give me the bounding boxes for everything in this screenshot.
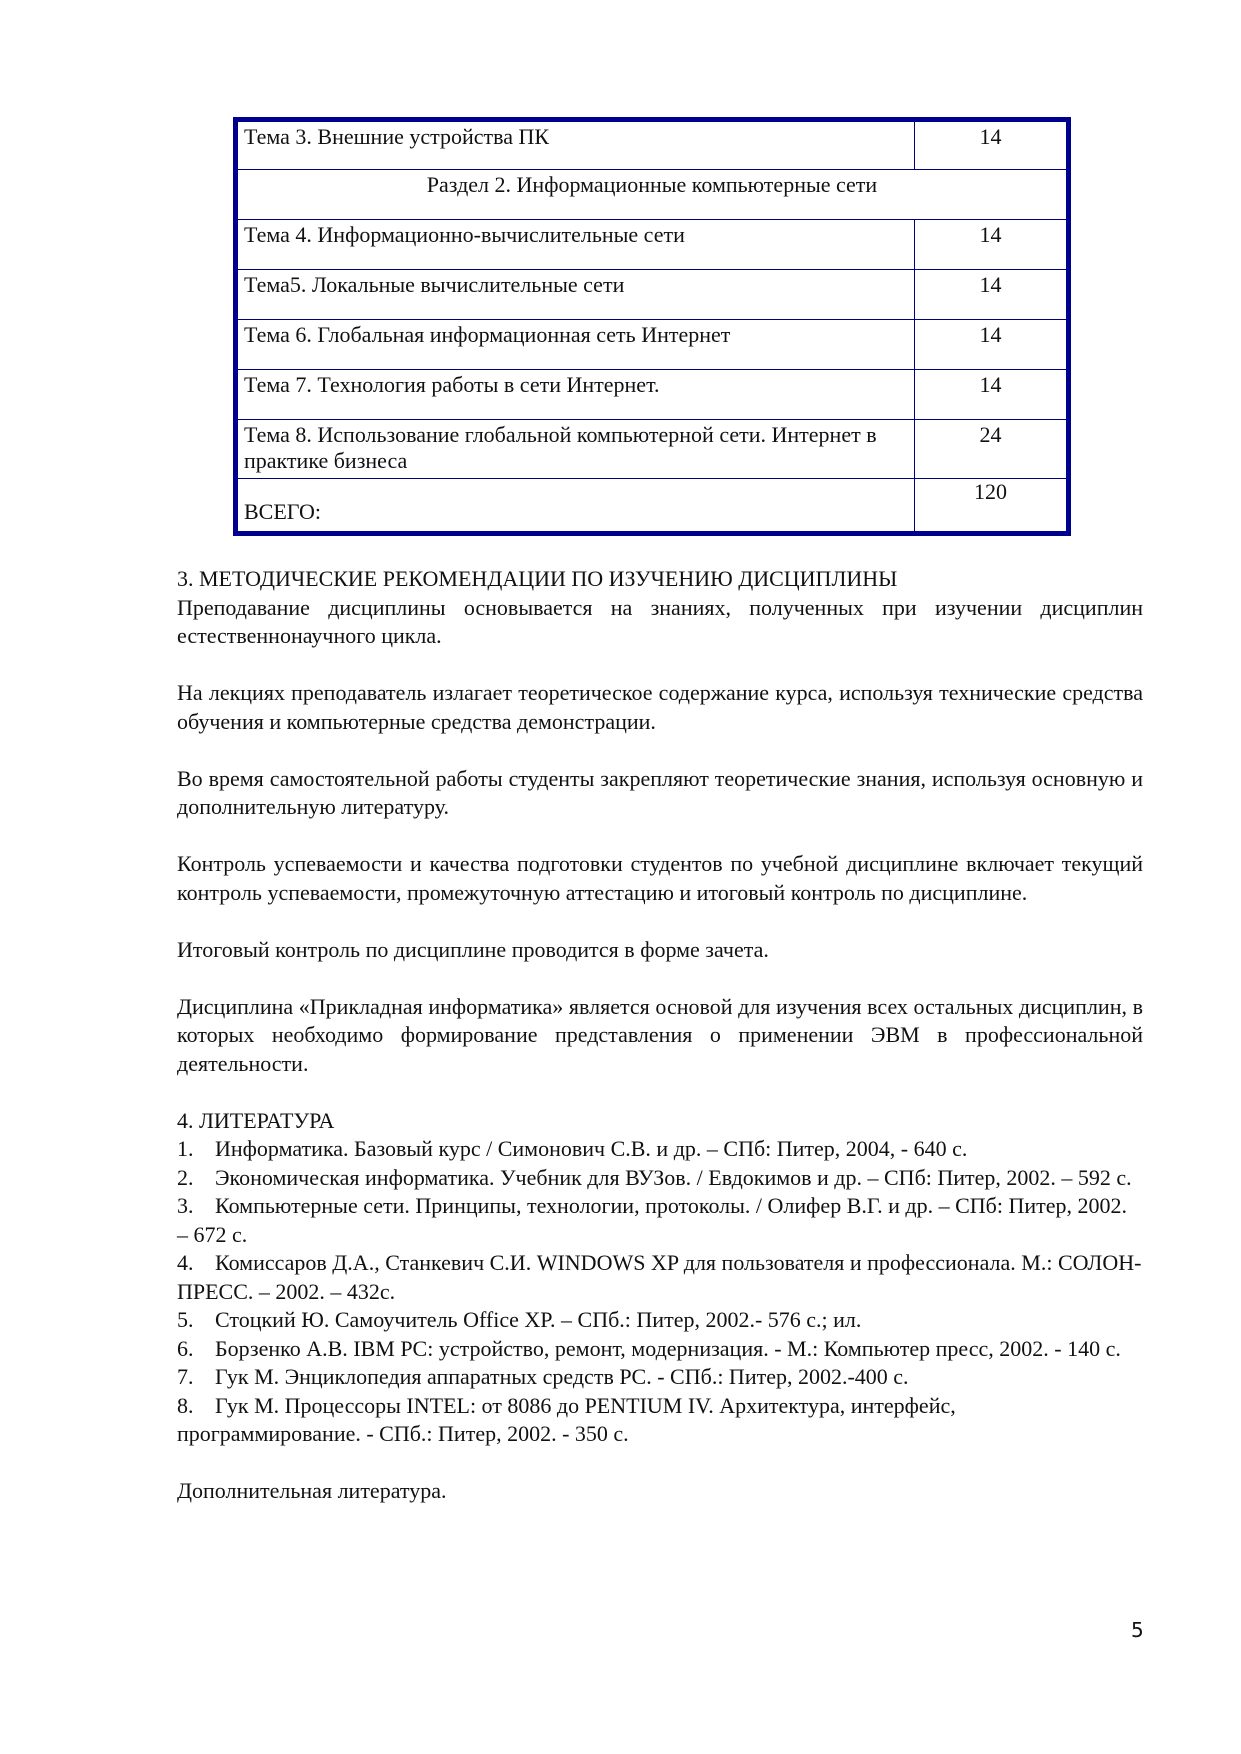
section-title-cell: Раздел 2. Информационные компьютерные се… bbox=[236, 170, 1069, 220]
table-row: Тема 4. Информационно-вычислительные сет… bbox=[236, 220, 1069, 270]
document-body: 3. МЕТОДИЧЕСКИЕ РЕКОМЕНДАЦИИ ПО ИЗУЧЕНИЮ… bbox=[177, 565, 1143, 1534]
topic-cell: Тема 4. Информационно-вычислительные сет… bbox=[236, 220, 915, 270]
hours-cell: 14 bbox=[915, 220, 1069, 270]
topic-cell: Тема 7. Технология работы в сети Интерне… bbox=[236, 370, 915, 420]
item-text: Борзенко А.В. IBM PC: устройство, ремонт… bbox=[215, 1336, 1121, 1361]
hours-cell: 14 bbox=[915, 370, 1069, 420]
total-label-cell: ВСЕГО: bbox=[236, 479, 915, 534]
table-total-row: ВСЕГО: 120 bbox=[236, 479, 1069, 534]
topic-cell: Тема 6. Глобальная информационная сеть И… bbox=[236, 320, 915, 370]
table-row: Тема 7. Технология работы в сети Интерне… bbox=[236, 370, 1069, 420]
section-3-heading: 3. МЕТОДИЧЕСКИЕ РЕКОМЕНДАЦИИ ПО ИЗУЧЕНИЮ… bbox=[177, 565, 1143, 594]
item-number: 7. bbox=[177, 1363, 215, 1392]
literature-item: 3.Компьютерные сети. Принципы, технологи… bbox=[177, 1192, 1143, 1249]
item-text: Стоцкий Ю. Самоучитель Office XP. – СПб.… bbox=[215, 1307, 861, 1332]
item-text: Комиссаров Д.А., Станкевич С.И. WINDOWS … bbox=[177, 1250, 1141, 1304]
topic-cell: Тема 3. Внешние устройства ПК bbox=[236, 120, 915, 170]
topic-cell: Тема 8. Использование глобальной компьют… bbox=[236, 420, 915, 479]
hours-cell: 14 bbox=[915, 320, 1069, 370]
item-number: 2. bbox=[177, 1164, 215, 1193]
paragraph: Контроль успеваемости и качества подгото… bbox=[177, 850, 1143, 907]
section-4-heading: 4. ЛИТЕРАТУРА bbox=[177, 1107, 1143, 1136]
page-number: 5 bbox=[1131, 1618, 1144, 1642]
item-text: Гук М. Энциклопедия аппаратных средств P… bbox=[215, 1364, 909, 1389]
table-row: Тема 6. Глобальная информационная сеть И… bbox=[236, 320, 1069, 370]
hours-cell: 14 bbox=[915, 120, 1069, 170]
hours-cell: 24 bbox=[915, 420, 1069, 479]
literature-item: 8.Гук М. Процессоры INTEL: от 8086 до PE… bbox=[177, 1392, 1143, 1449]
additional-literature-heading: Дополнительная литература. bbox=[177, 1477, 1143, 1506]
total-hours-cell: 120 bbox=[915, 479, 1069, 534]
paragraph: Во время самостоятельной работы студенты… bbox=[177, 765, 1143, 822]
literature-item: 5.Стоцкий Ю. Самоучитель Office XP. – СП… bbox=[177, 1306, 1143, 1335]
item-number: 1. bbox=[177, 1135, 215, 1164]
item-text: Компьютерные сети. Принципы, технологии,… bbox=[177, 1193, 1127, 1247]
literature-item: 7.Гук М. Энциклопедия аппаратных средств… bbox=[177, 1363, 1143, 1392]
item-number: 5. bbox=[177, 1306, 215, 1335]
topic-cell: Тема5. Локальные вычислительные сети bbox=[236, 270, 915, 320]
item-number: 8. bbox=[177, 1392, 215, 1421]
item-text: Гук М. Процессоры INTEL: от 8086 до PENT… bbox=[177, 1393, 956, 1447]
literature-item: 6.Борзенко А.В. IBM PC: устройство, ремо… bbox=[177, 1335, 1143, 1364]
item-text: Информатика. Базовый курс / Симонович С.… bbox=[215, 1136, 967, 1161]
table-section-row: Раздел 2. Информационные компьютерные се… bbox=[236, 170, 1069, 220]
course-hours-table: Тема 3. Внешние устройства ПК 14 Раздел … bbox=[233, 117, 1071, 536]
literature-list: 1.Информатика. Базовый курс / Симонович … bbox=[177, 1135, 1143, 1449]
document-page: Тема 3. Внешние устройства ПК 14 Раздел … bbox=[0, 0, 1241, 1754]
paragraph: Преподавание дисциплины основывается на … bbox=[177, 594, 1143, 651]
paragraph: Дисциплина «Прикладная информатика» явля… bbox=[177, 993, 1143, 1079]
item-number: 3. bbox=[177, 1192, 215, 1221]
paragraph: Итоговый контроль по дисциплине проводит… bbox=[177, 936, 1143, 965]
item-number: 4. bbox=[177, 1249, 215, 1278]
item-text: Экономическая информатика. Учебник для В… bbox=[215, 1165, 1132, 1190]
table-row: Тема5. Локальные вычислительные сети 14 bbox=[236, 270, 1069, 320]
literature-item: 4.Комиссаров Д.А., Станкевич С.И. WINDOW… bbox=[177, 1249, 1143, 1306]
hours-cell: 14 bbox=[915, 270, 1069, 320]
table-row: Тема 3. Внешние устройства ПК 14 bbox=[236, 120, 1069, 170]
literature-item: 2.Экономическая информатика. Учебник для… bbox=[177, 1164, 1143, 1193]
table-row: Тема 8. Использование глобальной компьют… bbox=[236, 420, 1069, 479]
item-number: 6. bbox=[177, 1335, 215, 1364]
literature-item: 1.Информатика. Базовый курс / Симонович … bbox=[177, 1135, 1143, 1164]
paragraph: На лекциях преподаватель излагает теорет… bbox=[177, 679, 1143, 736]
